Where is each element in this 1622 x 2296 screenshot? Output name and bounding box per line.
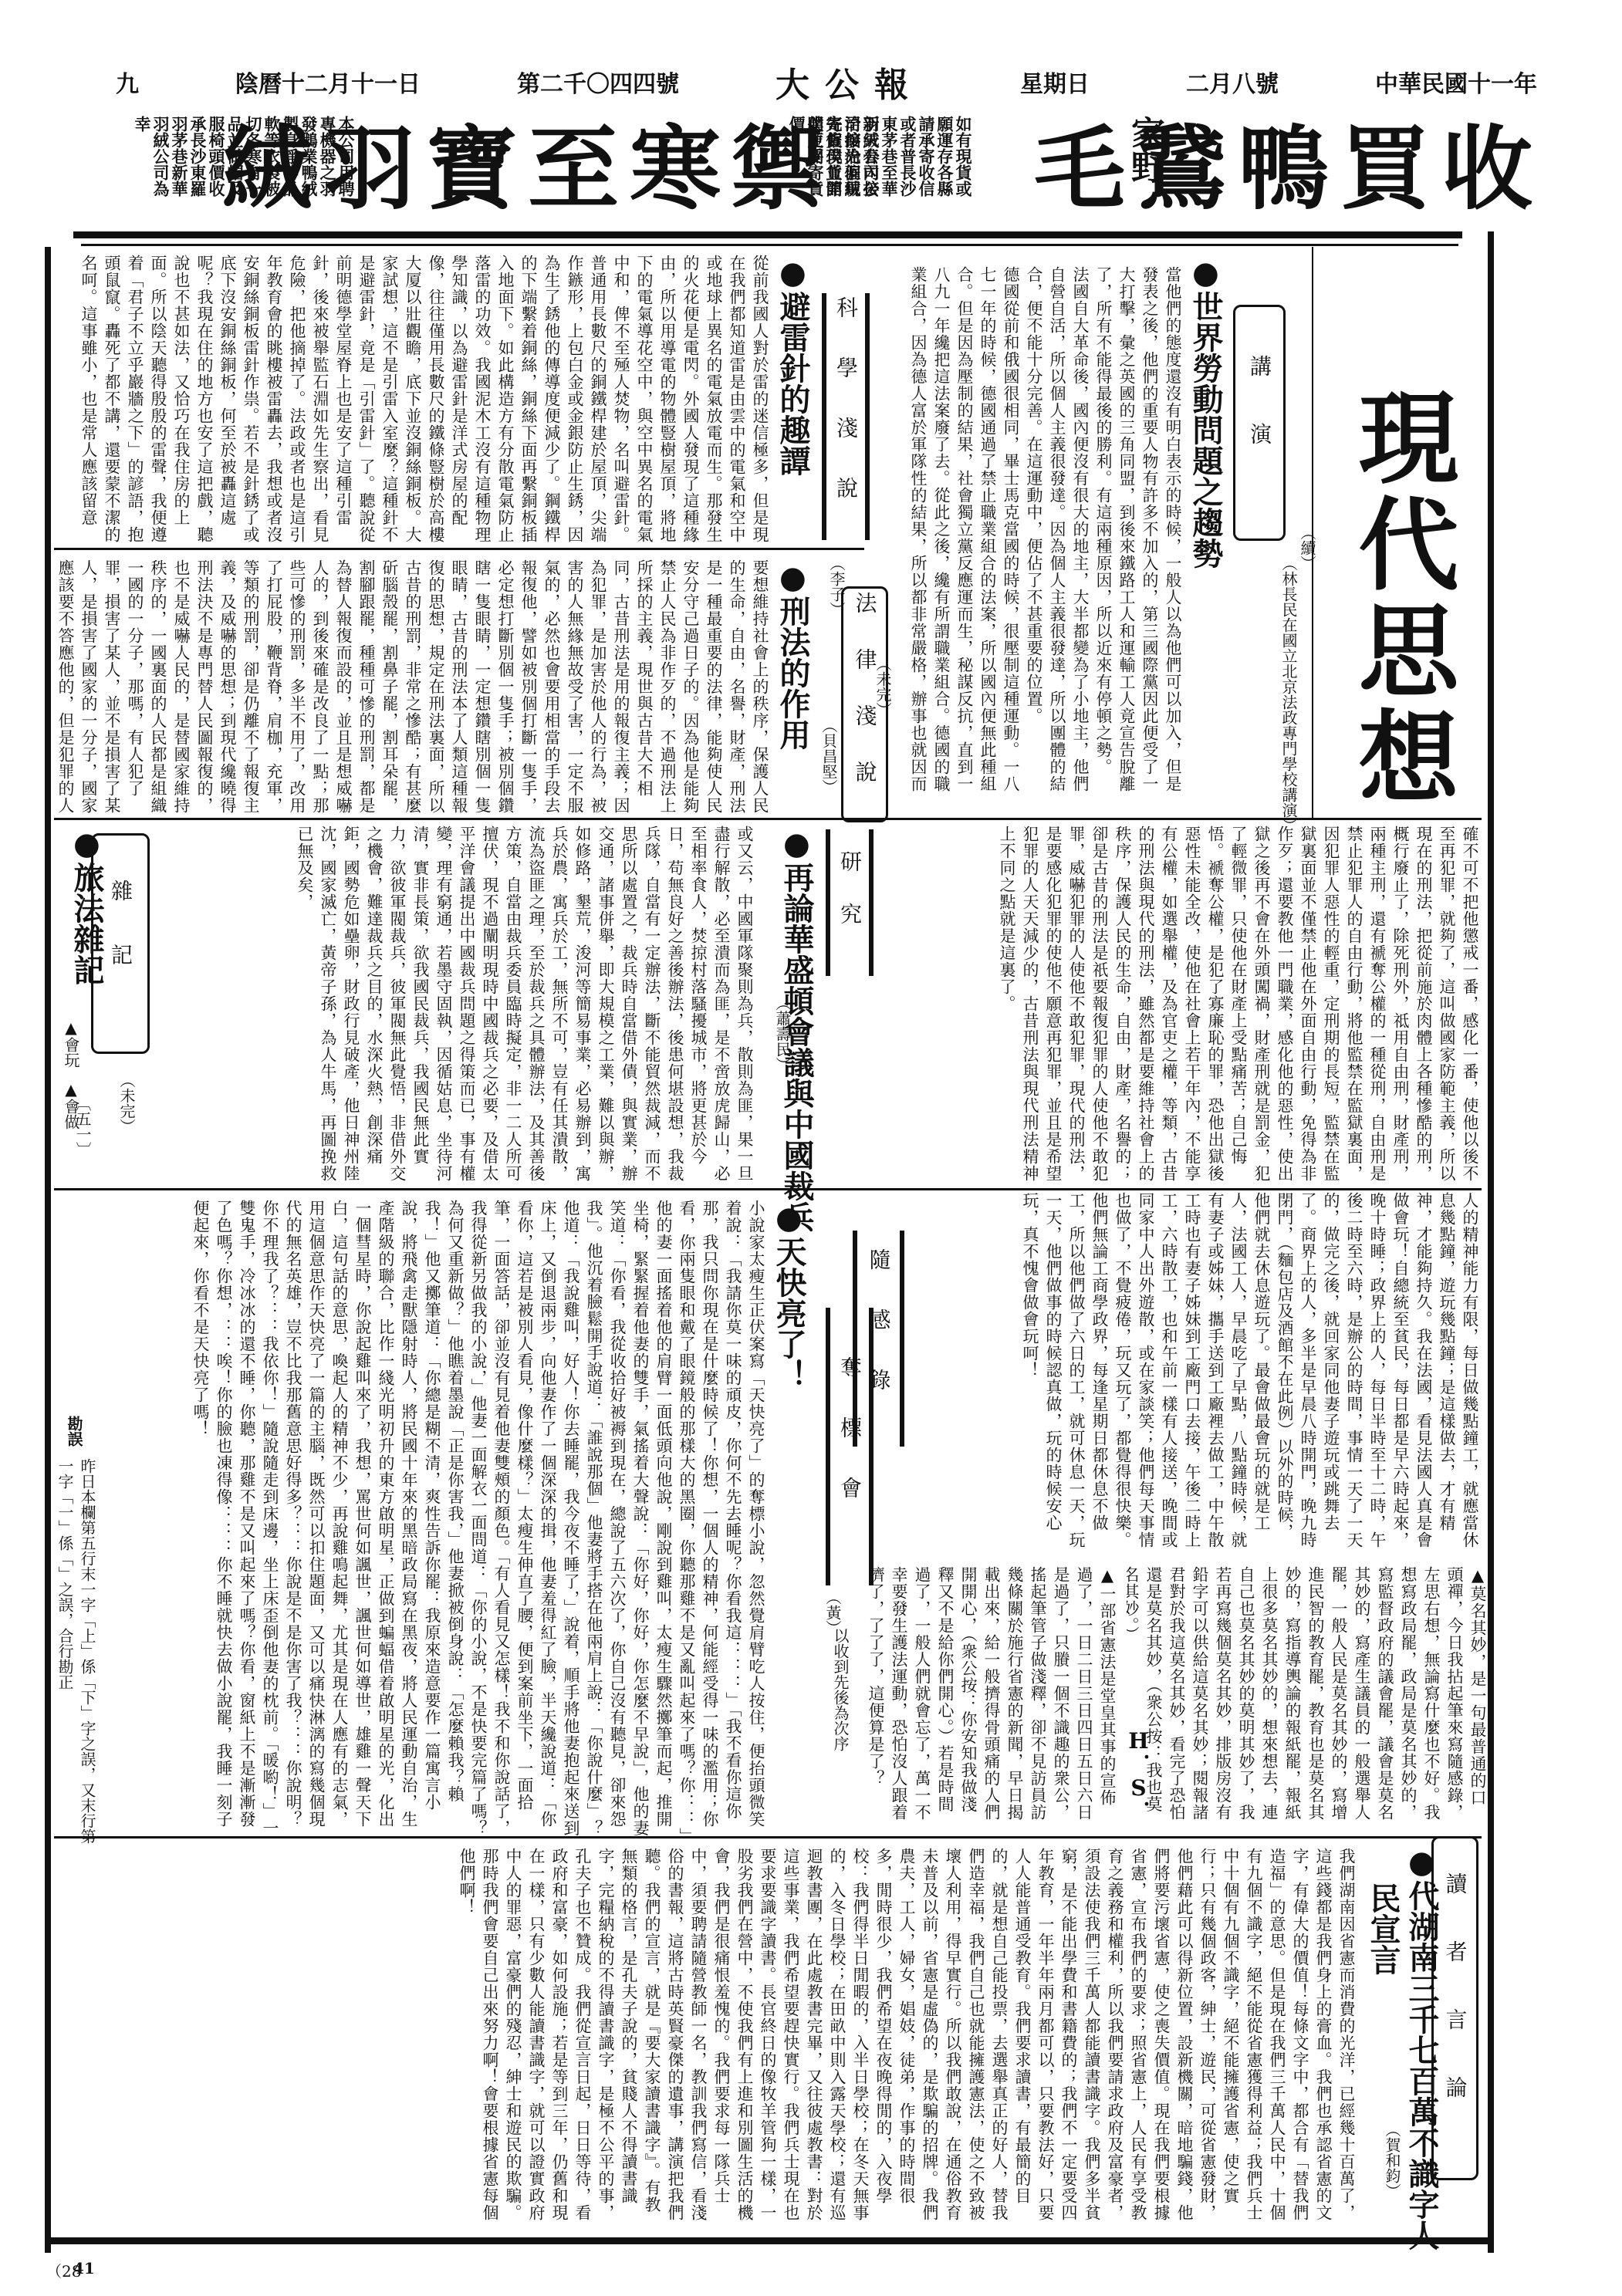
newspaper-name: 大公報 xyxy=(776,57,924,106)
travel-item-1: ▲會做 xyxy=(60,1080,83,1129)
fiction-body: 小說家太瘦生正伏案寫「天快亮了」的奪標小說，忽然覺肩臂吃人按住，便抬頭微笑着說：… xyxy=(100,1200,768,1840)
bullet-icon xyxy=(771,1200,807,1236)
lecture-paragraph: 德國從前和俄國很相同，畢士馬克當國的時候，很壓制這種運動。一八七一年的時候，德國… xyxy=(911,266,1022,806)
research-label-box: 研究 xyxy=(826,829,874,976)
fiction-author: （黃） xyxy=(822,1589,844,1636)
top-border-rule xyxy=(73,231,1462,238)
divider xyxy=(54,818,1482,820)
fiction-note: 以收到先後為次序 xyxy=(830,1628,852,1751)
masthead-month: 二月八號 xyxy=(1186,65,1279,99)
fiction-label-box: 奪標會 xyxy=(826,1308,874,1585)
readers-headline: 代湖南三千七百萬不識字人 xyxy=(1404,1844,1438,2250)
research-body: 或又云，中國軍隊聚則為兵，散則為匪，果一旦盡行解散，必至潰而為匪，是不啻放虎歸山… xyxy=(116,826,756,1188)
ad-right-headline: 收買鴨鵞毛 xyxy=(1034,123,1543,214)
bullet-icon xyxy=(775,559,811,596)
readers-body: 我們湖南因省憲而消費的光洋，已經幾十百萬了，這些錢都是我們身上的膏血。我們也承認… xyxy=(54,1848,1358,2230)
masthead-weekday: 星期日 xyxy=(1020,65,1090,99)
research-end-mark: （未完） xyxy=(116,1072,138,1134)
travel-headline-text: 旅法雜記 xyxy=(69,862,105,985)
law-headline-text: 刑法的作用 xyxy=(775,596,811,750)
lecture-paragraph: 當他們的態度還沒有明白表示的時候，一般人以為他們可以加入，但是發表之後，他們的重… xyxy=(1092,266,1184,806)
bullet-icon xyxy=(69,826,105,862)
lecture-label-box: 講演 xyxy=(1233,305,1286,541)
essay-second: ▲一部省憲法是堂皇其事的宣佈過了，一日二日三日四日五日六日是過了，只賸一個不識趣… xyxy=(849,1566,1119,1821)
lecture-byline: （林長民在國立北京法政專門學校講演） xyxy=(1278,555,1300,833)
lecture-continued-mark: （續） xyxy=(1296,525,1319,571)
ad-center-body: 羽絨公司接洽館先僱現寄貨僕並開明更妥 xyxy=(826,116,880,201)
lecture-headline-text: 世界勞動問題之趨勢 xyxy=(1188,291,1224,569)
law-label-box: 法律淺說 xyxy=(841,586,888,822)
top-border-rule-thin xyxy=(81,244,1458,246)
lecture-paragraph: 法國自大革命後，國內便沒有很大的地主，大半都變為了小地主，他們自營自活，所以個人… xyxy=(1022,266,1092,806)
left-border-rule xyxy=(45,247,51,2253)
law-author: （貝昌堅） xyxy=(818,717,840,795)
bullet-icon xyxy=(1404,1844,1440,1880)
science-headline-text: 避雷針的趣譚 xyxy=(775,291,811,476)
erratum-label: 勘誤 xyxy=(63,1416,86,1447)
fiction-headline-text: 天快亮了！ xyxy=(771,1236,807,1390)
travel-item-2: ▲會玩 xyxy=(60,1018,83,1068)
research-author: （蕭壽民） xyxy=(772,995,794,1072)
bullet-icon xyxy=(779,826,815,862)
readers-headline-line2: 民宣言 xyxy=(1366,1882,1400,1975)
ad-right-small-headline: 家野 xyxy=(1120,116,1169,184)
bullet-icon xyxy=(775,255,811,291)
law-body: 要想維持社會上的秩序，保護人民的生命，自由，名譽，財產，刑法是一種最重要的法律，… xyxy=(54,559,772,814)
erratum-text: 昨日本欄第五行末一字「上」係「下」字之誤，又末行第一字「一」係「」之誤，合行勘正 xyxy=(54,1458,99,1844)
science-body: 從前我國人對於雷的迷信極多，但是現在我們都知道雷是由雲中的電氣和空中或地球上異名… xyxy=(81,255,772,548)
page-marker: 九 xyxy=(116,65,139,99)
lecture-headline: 世界勞動問題之趨勢 xyxy=(1188,255,1222,569)
footer-page-number: 41 xyxy=(73,2259,95,2277)
ad-right-body: 如有現貨或願運存各縣請承寄收信或者普長沙東茅巷至華新天春內公司接洽羽絨先僱現貨館… xyxy=(864,116,972,208)
masthead: 中華民國十一年 二月八號 星期日 大公報 第二千〇四四號 陰曆十二月十一日 九 xyxy=(116,66,1537,97)
bullet-icon xyxy=(1188,255,1224,291)
ad-band: 收買鴨鵞毛 家野 如有現貨或願運存各縣請承寄收信或者普長沙東茅巷至華新天春內公司… xyxy=(77,116,1543,231)
science-label-box: 科學淺說 xyxy=(822,293,870,540)
fiction-headline: 天快亮了！ xyxy=(772,1200,806,1390)
science-headline: 避雷針的趣譚 xyxy=(776,255,809,476)
law-headline: 刑法的作用 xyxy=(776,559,809,750)
readers-headline-text: 代湖南三千七百萬不識字人 xyxy=(1404,1880,1440,2250)
travel-body: 人的精神能力有限，每日做幾點鐘工，就應當休息幾點鐘，遊玩幾點鐘；是這樣做去，才有… xyxy=(864,1192,1482,1555)
ad-left-body: 本公司用聘專機器之羽發鵝業鴨絨製身淨等品軟等衣製被切冬寒有一品並做帽及服椅頭價收… xyxy=(100,116,355,208)
section-title: 現代思想 xyxy=(1350,386,1451,812)
masthead-lunar-date: 陰曆十二月十一日 xyxy=(235,65,421,99)
travel-headline: 旅法雜記 xyxy=(69,826,103,985)
divider xyxy=(54,1188,1482,1190)
divider xyxy=(54,548,864,550)
masthead-date-roc: 中華民國十一年 xyxy=(1375,65,1537,99)
readers-author: （賀和鈞） xyxy=(1381,2122,1404,2199)
masthead-issue-number: 第二千〇四四號 xyxy=(517,65,679,99)
right-border-rule xyxy=(1488,231,1494,2253)
law-body-continued: 確不可不把他懲戒一番，感化一番，使他以後不至再犯罪，就夠了，這叫做國家防範主義，… xyxy=(872,826,1482,1188)
essay-first: ▲莫名其妙，是一句最普通的口頭禪，今日我拈起筆來寫隨感錄，左思右想，無論寫什麼也… xyxy=(1127,1566,1489,1821)
bottom-border-rule xyxy=(45,2237,1494,2244)
lecture-body: 當他們的態度還沒有明白表示的時候，一般人以為他們可以加入，但是發表之後，他們的重… xyxy=(911,266,1184,806)
divider xyxy=(54,1836,1482,1838)
